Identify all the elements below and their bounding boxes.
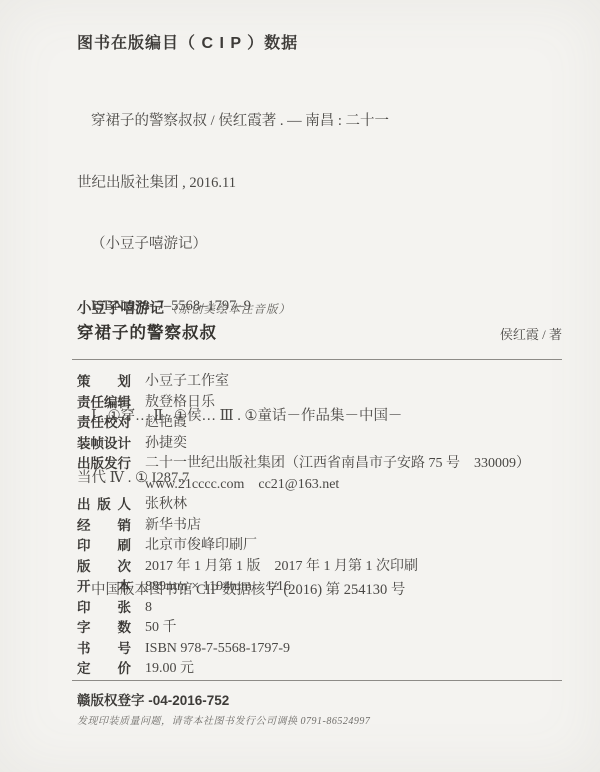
pub-row-label: 开本 xyxy=(77,577,131,598)
series-edition-note: （原创美绘本注音版） xyxy=(166,304,291,316)
pub-row-website: www.21cccc.com cc21@163.net xyxy=(77,475,567,496)
publication-info-list: 策划 小豆子工作室 责任编辑 敖登格日乐 责任校对 赵艳霞 装帧设计 孙捷奕 出… xyxy=(77,372,567,680)
pub-row-wordcount: 字数 50 千 xyxy=(77,618,567,639)
series-line: 小豆子嘻游记（原创美绘本注音版） xyxy=(77,297,291,318)
pub-row-proofreader: 责任校对 赵艳霞 xyxy=(77,413,567,434)
pub-row-price: 定价 19.00 元 xyxy=(77,659,567,680)
pub-row-value: 889mm × 1194mm 1/16 xyxy=(145,577,291,598)
pub-row-label: 经销 xyxy=(77,516,131,537)
pub-row-planning: 策划 小豆子工作室 xyxy=(77,372,567,393)
pub-row-editor: 责任编辑 敖登格日乐 xyxy=(77,393,567,414)
pub-row-label: 装帧设计 xyxy=(77,434,131,455)
pub-row-label: 策划 xyxy=(77,372,131,393)
pub-row-label xyxy=(77,475,131,496)
pub-row-value: 张秋林 xyxy=(145,495,187,516)
pub-row-label: 书号 xyxy=(77,639,131,660)
author-credit: 侯红霞 / 著 xyxy=(500,324,562,343)
pub-row-label: 责任编辑 xyxy=(77,393,131,414)
pub-row-value: 敖登格日乐 xyxy=(145,393,215,414)
pub-row-value: 19.00 元 xyxy=(145,659,194,680)
pub-row-printer: 印刷 北京市俊峰印刷厂 xyxy=(77,536,567,557)
pub-row-sheets: 印张 8 xyxy=(77,598,567,619)
pub-row-label: 印张 xyxy=(77,598,131,619)
pub-row-label: 定价 xyxy=(77,659,131,680)
pub-row-publisher: 出版发行 二十一世纪出版社集团（江西省南昌市子安路 75 号 330009） xyxy=(77,454,567,475)
cip-entry-line1: 穿裙子的警察叔叔 / 侯红霞著 . — 南昌 : 二十一 xyxy=(77,111,517,132)
book-title: 穿裙子的警察叔叔 xyxy=(77,319,217,343)
pub-row-value: 8 xyxy=(145,598,152,619)
pub-row-value: 赵艳霞 xyxy=(145,413,187,434)
pub-row-value: 北京市俊峰印刷厂 xyxy=(145,536,257,557)
pub-row-value: 新华书店 xyxy=(145,516,201,537)
pub-row-publisher-person: 出版人 张秋林 xyxy=(77,495,567,516)
copyright-page: 图书在版编目（ C I P ）数据 穿裙子的警察叔叔 / 侯红霞著 . — 南昌… xyxy=(0,0,600,772)
cip-series-note: （小豆子嘻游记） xyxy=(77,234,517,255)
divider-bottom xyxy=(72,680,562,681)
pub-row-distributor: 经销 新华书店 xyxy=(77,516,567,537)
series-name: 小豆子嘻游记 xyxy=(77,301,164,317)
pub-row-value: 2017 年 1 月第 1 版 2017 年 1 月第 1 次印刷 xyxy=(145,557,418,578)
pub-row-value: 小豆子工作室 xyxy=(145,372,229,393)
pub-row-isbn: 书号 ISBN 978-7-5568-1797-9 xyxy=(77,639,567,660)
pub-row-label: 出版人 xyxy=(77,495,131,516)
pub-row-value: 50 千 xyxy=(145,618,177,639)
pub-row-label: 出版发行 xyxy=(77,454,131,475)
pub-row-design: 装帧设计 孙捷奕 xyxy=(77,434,567,455)
pub-row-label: 版次 xyxy=(77,557,131,578)
pub-row-value: 二十一世纪出版社集团（江西省南昌市子安路 75 号 330009） xyxy=(145,454,530,475)
pub-row-value: www.21cccc.com cc21@163.net xyxy=(145,475,339,496)
divider-top xyxy=(72,359,562,360)
pub-row-value: 孙捷奕 xyxy=(145,434,187,455)
cip-entry-line2: 世纪出版社集团 , 2016.11 xyxy=(77,173,517,194)
pub-row-label: 印刷 xyxy=(77,536,131,557)
pub-row-label: 字数 xyxy=(77,618,131,639)
pub-row-value: ISBN 978-7-5568-1797-9 xyxy=(145,639,290,660)
pub-row-label: 责任校对 xyxy=(77,413,131,434)
title-line: 穿裙子的警察叔叔 侯红霞 / 著 xyxy=(77,319,562,343)
copyright-registration: 赣版权登字 -04-2016-752 xyxy=(77,689,229,709)
quality-notice: 发现印装质量问题，请寄本社图书发行公司调换 0791-86524997 xyxy=(77,712,370,727)
cip-heading: 图书在版编目（ C I P ）数据 xyxy=(77,30,298,53)
pub-row-format: 开本 889mm × 1194mm 1/16 xyxy=(77,577,567,598)
pub-row-edition: 版次 2017 年 1 月第 1 版 2017 年 1 月第 1 次印刷 xyxy=(77,557,567,578)
